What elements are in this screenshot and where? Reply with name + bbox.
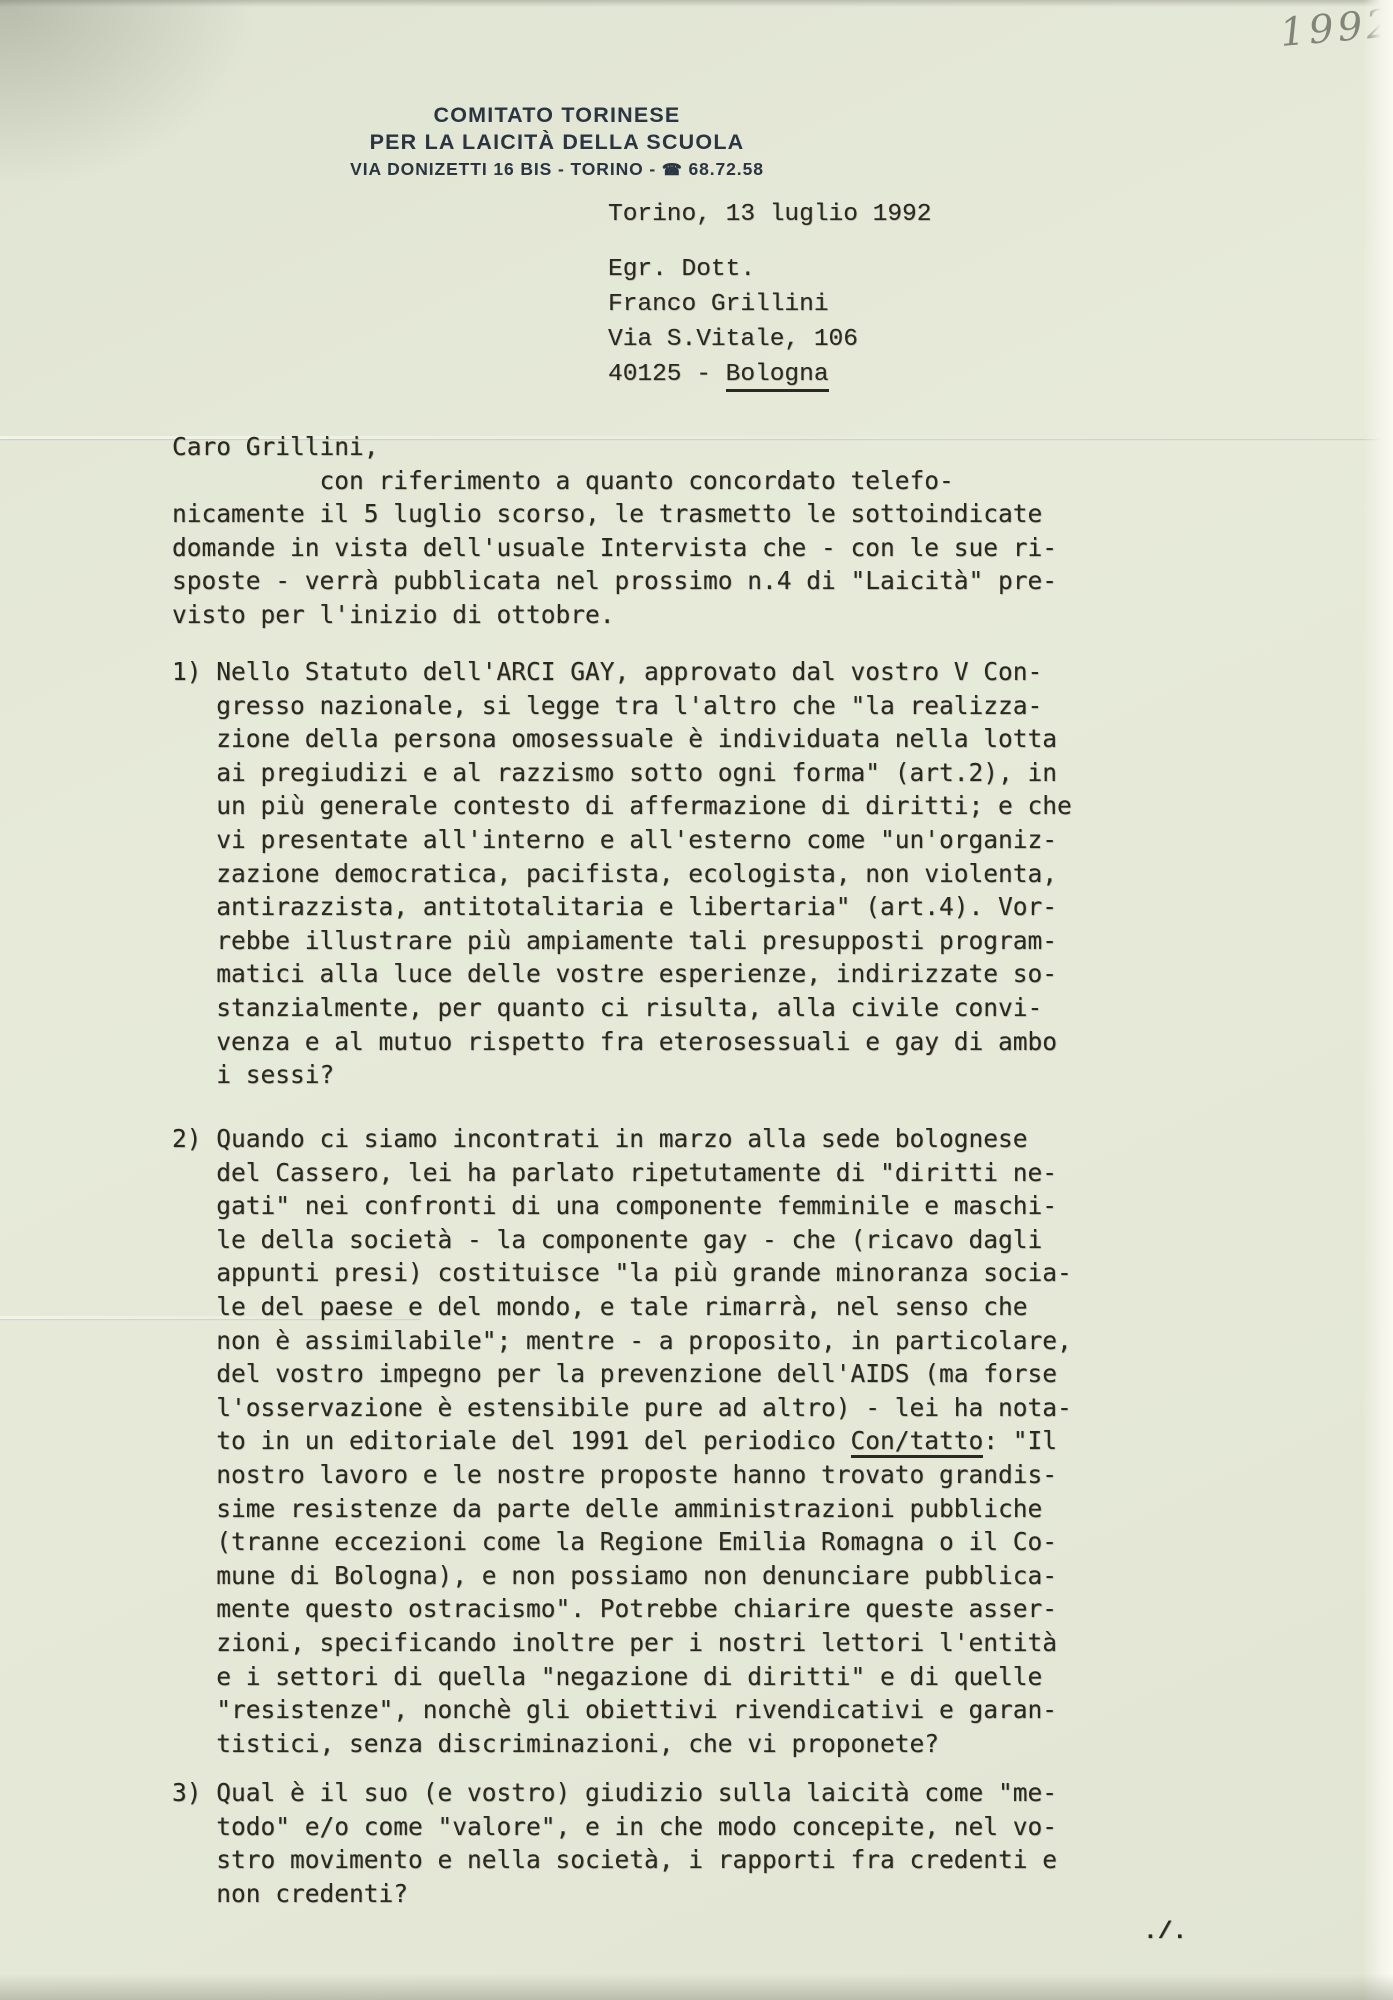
phone-icon: ☎	[662, 162, 683, 179]
question-2: 2) Quando ci siamo incontrati in marzo a…	[172, 1122, 1072, 1760]
paper-edge-top	[0, 0, 1393, 7]
recipient-city-line: 40125 - Bologna	[608, 357, 858, 392]
recipient-name: Franco Grillini	[608, 287, 858, 322]
recipient-honorific: Egr. Dott.	[608, 252, 858, 287]
salutation-and-intro-paragraph: Caro Grillini, con riferimento a quanto …	[172, 430, 1057, 632]
date-line: Torino, 13 luglio 1992	[608, 198, 931, 232]
question-3: 3) Qual è il suo (e vostro) giudizio sul…	[172, 1776, 1057, 1910]
letterhead-address-line: VIA DONIZETTI 16 BIS - TORINO - ☎ 68.72.…	[0, 156, 1114, 184]
paper-edge-right	[1363, 0, 1393, 2000]
recipient-postal-code: 40125 -	[608, 361, 726, 388]
recipient-city-underlined: Bologna	[726, 361, 829, 392]
letterhead-street: VIA DONIZETTI 16 BIS - TORINO -	[350, 159, 662, 179]
letterhead-phone-number: 68.72.58	[683, 159, 764, 179]
letterhead-org-name-line2: PER LA LAICITÀ DELLA SCUOLA	[0, 129, 1114, 156]
letterhead-org-name-line1: COMITATO TORINESE	[0, 102, 1114, 129]
periodical-title-underlined: Con/tatto	[851, 1426, 984, 1458]
recipient-street: Via S.Vitale, 106	[608, 322, 858, 357]
paper-edge-bottom	[0, 1974, 1393, 2000]
recipient-block: Egr. Dott. Franco Grillini Via S.Vitale,…	[608, 252, 858, 392]
question-2-text: 2) Quando ci siamo incontrati in marzo a…	[172, 1124, 1072, 1455]
letterhead: COMITATO TORINESE PER LA LAICITÀ DELLA S…	[0, 102, 1114, 184]
letter-page: 1992 COMITATO TORINESE PER LA LAICITÀ DE…	[0, 0, 1393, 2000]
continuation-mark: ./.	[1143, 1916, 1187, 1950]
question-1: 1) Nello Statuto dell'ARCI GAY, approvat…	[172, 655, 1072, 1092]
question-2-text-continued: : "Il nostro lavoro e le nostre proposte…	[172, 1426, 1057, 1757]
